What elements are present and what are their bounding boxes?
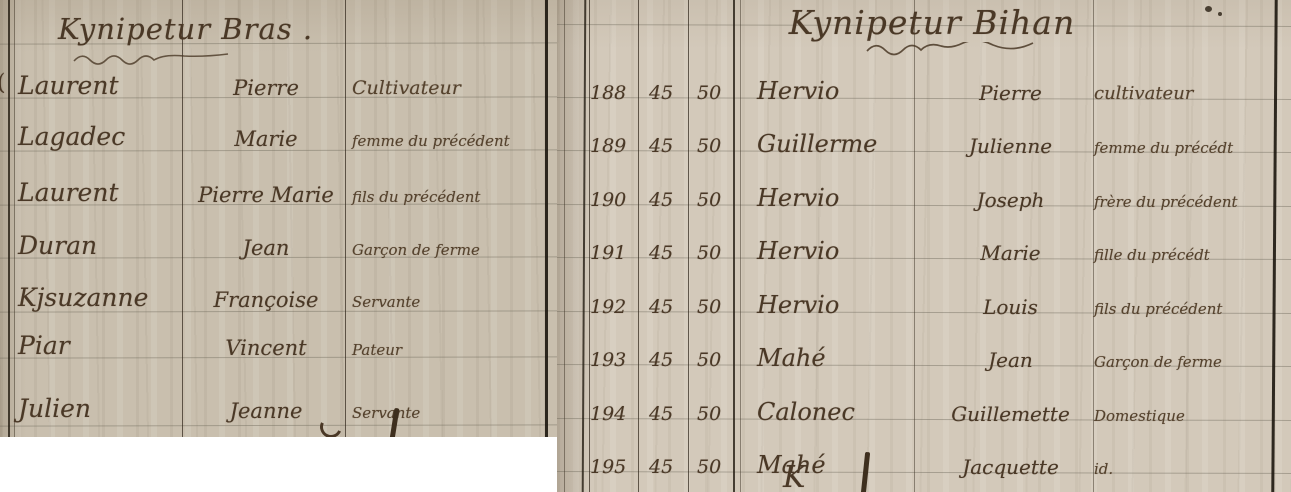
number-50-cell: 50 (697, 137, 739, 157)
register-row: Julien Jeanne Servante (0, 390, 557, 422)
number-45-cell: 45 (649, 458, 689, 478)
occupation-cell: Pateur (352, 343, 542, 359)
firstname-cell: Françoise (190, 289, 342, 311)
firstname-cell: Marie (190, 128, 342, 150)
number-45-cell: 45 (649, 244, 689, 264)
occupation-cell: fille du précédt (1094, 248, 1274, 264)
right-page-photo: Kynipetur Bihan 188 45 50 Hervio Pierre … (557, 0, 1291, 492)
number-50-cell: 50 (697, 405, 739, 425)
occupation-cell: cultivateur (1094, 85, 1274, 104)
occupation-cell: femme du précédt (1094, 141, 1274, 157)
surname-cell: Duran (18, 233, 182, 259)
occupation-cell: fils du précédent (352, 190, 542, 206)
table-border-left-inner (14, 0, 15, 437)
entry-number-cell: 194 (590, 405, 642, 425)
entry-number-cell: 192 (590, 298, 642, 318)
firstname-cell: Joseph (933, 190, 1088, 211)
entry-number-cell: 195 (590, 458, 642, 478)
firstname-cell: Jean (933, 350, 1088, 371)
occupation-cell: Servante (352, 406, 542, 422)
surname-cell: Hervio (757, 79, 919, 104)
table-border-left (8, 0, 10, 437)
occupation-cell: id. (1094, 462, 1274, 478)
firstname-cell: Pierre Marie (190, 184, 342, 206)
number-45-cell: 45 (649, 84, 689, 104)
surname-cell: Hervio (757, 239, 919, 264)
firstname-cell: Pierre (933, 83, 1088, 104)
entry-number-cell: 190 (590, 191, 642, 211)
surname-cell: Piar (18, 333, 182, 359)
surname-cell: Laurent (18, 73, 182, 99)
surname-cell: Lagadec (18, 124, 182, 150)
surname-cell: Julien (18, 396, 182, 422)
number-45-cell: 45 (649, 298, 689, 318)
partial-ink-stroke: K (783, 462, 805, 492)
register-row: 190 45 50 Hervio Joseph frère du précéde… (557, 179, 1291, 211)
occupation-cell: fils du précédent (1094, 302, 1274, 318)
ink-speck (1205, 6, 1212, 12)
register-row: 193 45 50 Mahé Jean Garçon de ferme (557, 339, 1291, 371)
number-45-cell: 45 (649, 351, 689, 371)
occupation-cell: Garçon de ferme (1094, 355, 1274, 371)
register-row: Piar Vincent Pateur (0, 327, 557, 359)
register-row: 191 45 50 Hervio Marie fille du précédt (557, 232, 1291, 264)
firstname-cell: Jean (190, 237, 342, 259)
number-50-cell: 50 (697, 298, 739, 318)
ink-speck (1218, 12, 1222, 16)
surname-cell: Laurent (18, 180, 182, 206)
register-row: Laurent Pierre Cultivateur (0, 67, 557, 99)
firstname-cell: Pierre (190, 77, 342, 99)
occupation-cell: frère du précédent (1094, 195, 1274, 211)
firstname-cell: Louis (933, 297, 1088, 318)
surname-cell: Mahé (757, 453, 919, 478)
number-45-cell: 45 (649, 137, 689, 157)
register-row: 189 45 50 Guillerme Julienne femme du pr… (557, 125, 1291, 157)
right-page-title: Kynipetur Bihan (757, 6, 1107, 41)
surname-cell: Kjsuzanne (18, 285, 182, 311)
number-45-cell: 45 (649, 191, 689, 211)
register-row: Laurent Pierre Marie fils du précédent (0, 174, 557, 206)
left-page-title: Kynipetur Bras . (58, 14, 313, 44)
firstname-cell: Marie (933, 243, 1088, 264)
surname-cell: Calonec (757, 400, 919, 425)
column-divider-firstname-occupation (345, 0, 346, 437)
register-row: Duran Jean Garçon de ferme (0, 227, 557, 259)
register-row: 194 45 50 Calonec Guillemette Domestique (557, 393, 1291, 425)
occupation-cell: Domestique (1094, 409, 1274, 425)
table-border-right (545, 0, 548, 437)
surname-cell: Guillerme (757, 132, 919, 157)
occupation-cell: femme du précédent (352, 134, 542, 150)
firstname-cell: Guillemette (933, 404, 1088, 425)
surname-cell: Mahé (757, 346, 919, 371)
number-45-cell: 45 (649, 405, 689, 425)
register-row: 195 45 50 Mahé Jacquette id. (557, 446, 1291, 478)
number-50-cell: 50 (697, 458, 739, 478)
occupation-cell: Servante (352, 295, 542, 311)
number-50-cell: 50 (697, 84, 739, 104)
firstname-cell: Vincent (190, 337, 342, 359)
entry-number-cell: 191 (590, 244, 642, 264)
left-page-photo: Kynipetur Bras . ( Laurent Pierre Cultiv… (0, 0, 557, 437)
ruled-line (0, 424, 557, 426)
number-50-cell: 50 (697, 191, 739, 211)
register-row: Kjsuzanne Françoise Servante (0, 279, 557, 311)
register-row: Lagadec Marie femme du précédent (0, 118, 557, 150)
entry-number-cell: 188 (590, 84, 642, 104)
firstname-cell: Julienne (933, 136, 1088, 157)
register-row: 192 45 50 Hervio Louis fils du précédent (557, 286, 1291, 318)
occupation-cell: Garçon de ferme (352, 243, 542, 259)
column-divider-surname-firstname (182, 0, 183, 437)
title-underline-squiggle (72, 53, 230, 65)
title-underline-squiggle (865, 42, 1035, 56)
occupation-cell: Cultivateur (352, 79, 542, 99)
firstname-cell: Jacquette (933, 457, 1088, 478)
register-row: 188 45 50 Hervio Pierre cultivateur (557, 72, 1291, 104)
register-photo-scene: Kynipetur Bras . ( Laurent Pierre Cultiv… (0, 0, 1291, 492)
entry-number-cell: 189 (590, 137, 642, 157)
number-50-cell: 50 (697, 351, 739, 371)
firstname-cell: Jeanne (190, 400, 342, 422)
entry-number-cell: 193 (590, 351, 642, 371)
surname-cell: Hervio (757, 293, 919, 318)
number-50-cell: 50 (697, 244, 739, 264)
surname-cell: Hervio (757, 186, 919, 211)
